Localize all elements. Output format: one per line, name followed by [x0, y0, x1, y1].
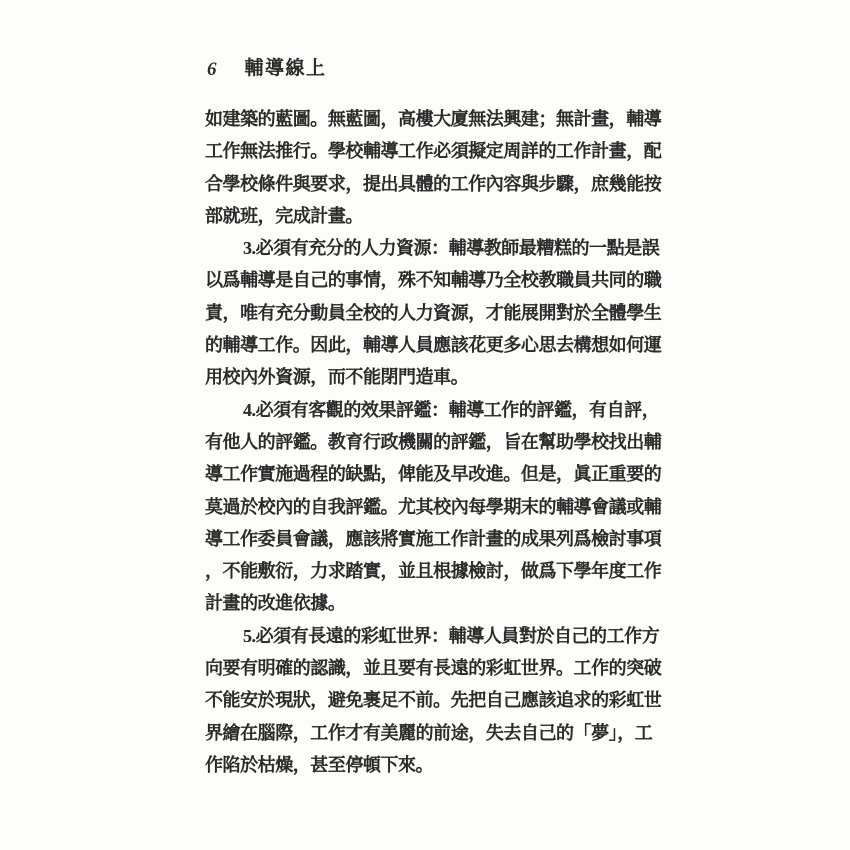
page-header: 6 輔導線上 — [207, 53, 327, 77]
text-line: 向要有明確的認識，並且要有長遠的彩虹世界。工作的突破 — [205, 652, 670, 684]
text-line: 的輔導工作。因此，輔導人員應該花更多心思去構想如何運 — [205, 329, 670, 361]
page-number: 6 — [207, 59, 217, 81]
text-line: 責，唯有充分動員全校的人力資源，才能展開對於全體學生 — [205, 297, 670, 329]
text-line: 有他人的評鑑。教育行政機關的評鑑，旨在幫助學校找出輔 — [205, 426, 670, 458]
text-line: 4.必須有客觀的效果評鑑：輔導工作的評鑑，有自評， — [205, 394, 670, 426]
book-page: 6 輔導線上 如建築的藍圖。無藍圖，高樓大廈無法興建；無計畫，輔導工作無法推行。… — [0, 0, 850, 850]
text-line: 以爲輔導是自己的事情，殊不知輔導乃全校教職員共同的職 — [205, 264, 670, 296]
text-line: 工作無法推行。學校輔導工作必須擬定周詳的工作計畫，配 — [205, 135, 670, 167]
text-line: 導工作實施過程的缺點，俾能及早改進。但是，眞正重要的 — [205, 458, 670, 490]
text-line: 5.必須有長遠的彩虹世界：輔導人員對於自己的工作方 — [205, 620, 670, 652]
text-line: 導工作委員會議，應該將實施工作計畫的成果列爲檢討事項 — [205, 523, 670, 555]
text-line: 計畫的改進依據。 — [205, 587, 670, 619]
text-line: 3.必須有充分的人力資源：輔導教師最糟糕的一點是誤 — [205, 232, 670, 264]
text-line: 部就班，完成計畫。 — [205, 200, 670, 232]
text-line: 莫過於校內的自我評鑑。尤其校內每學期末的輔導會議或輔 — [205, 491, 670, 523]
text-line: 作陷於枯燥，甚至停頓下來。 — [205, 749, 670, 781]
text-line: 不能安於現狀，避免裹足不前。先把自己應該追求的彩虹世 — [205, 684, 670, 716]
text-line: ，不能敷衍，力求踏實，並且根據檢討，做爲下學年度工作 — [205, 555, 670, 587]
text-block: 如建築的藍圖。無藍圖，高樓大廈無法興建；無計畫，輔導工作無法推行。學校輔導工作必… — [205, 103, 670, 781]
text-line: 合學校條件與要求，提出具體的工作內容與步驟，庶幾能按 — [205, 168, 670, 200]
text-line: 用校內外資源，而不能閉門造車。 — [205, 361, 670, 393]
text-line: 界繪在腦際，工作才有美麗的前途，失去自己的「夢」，工 — [205, 717, 670, 749]
book-title: 輔導線上 — [245, 53, 327, 80]
text-line: 如建築的藍圖。無藍圖，高樓大廈無法興建；無計畫，輔導 — [205, 103, 670, 135]
